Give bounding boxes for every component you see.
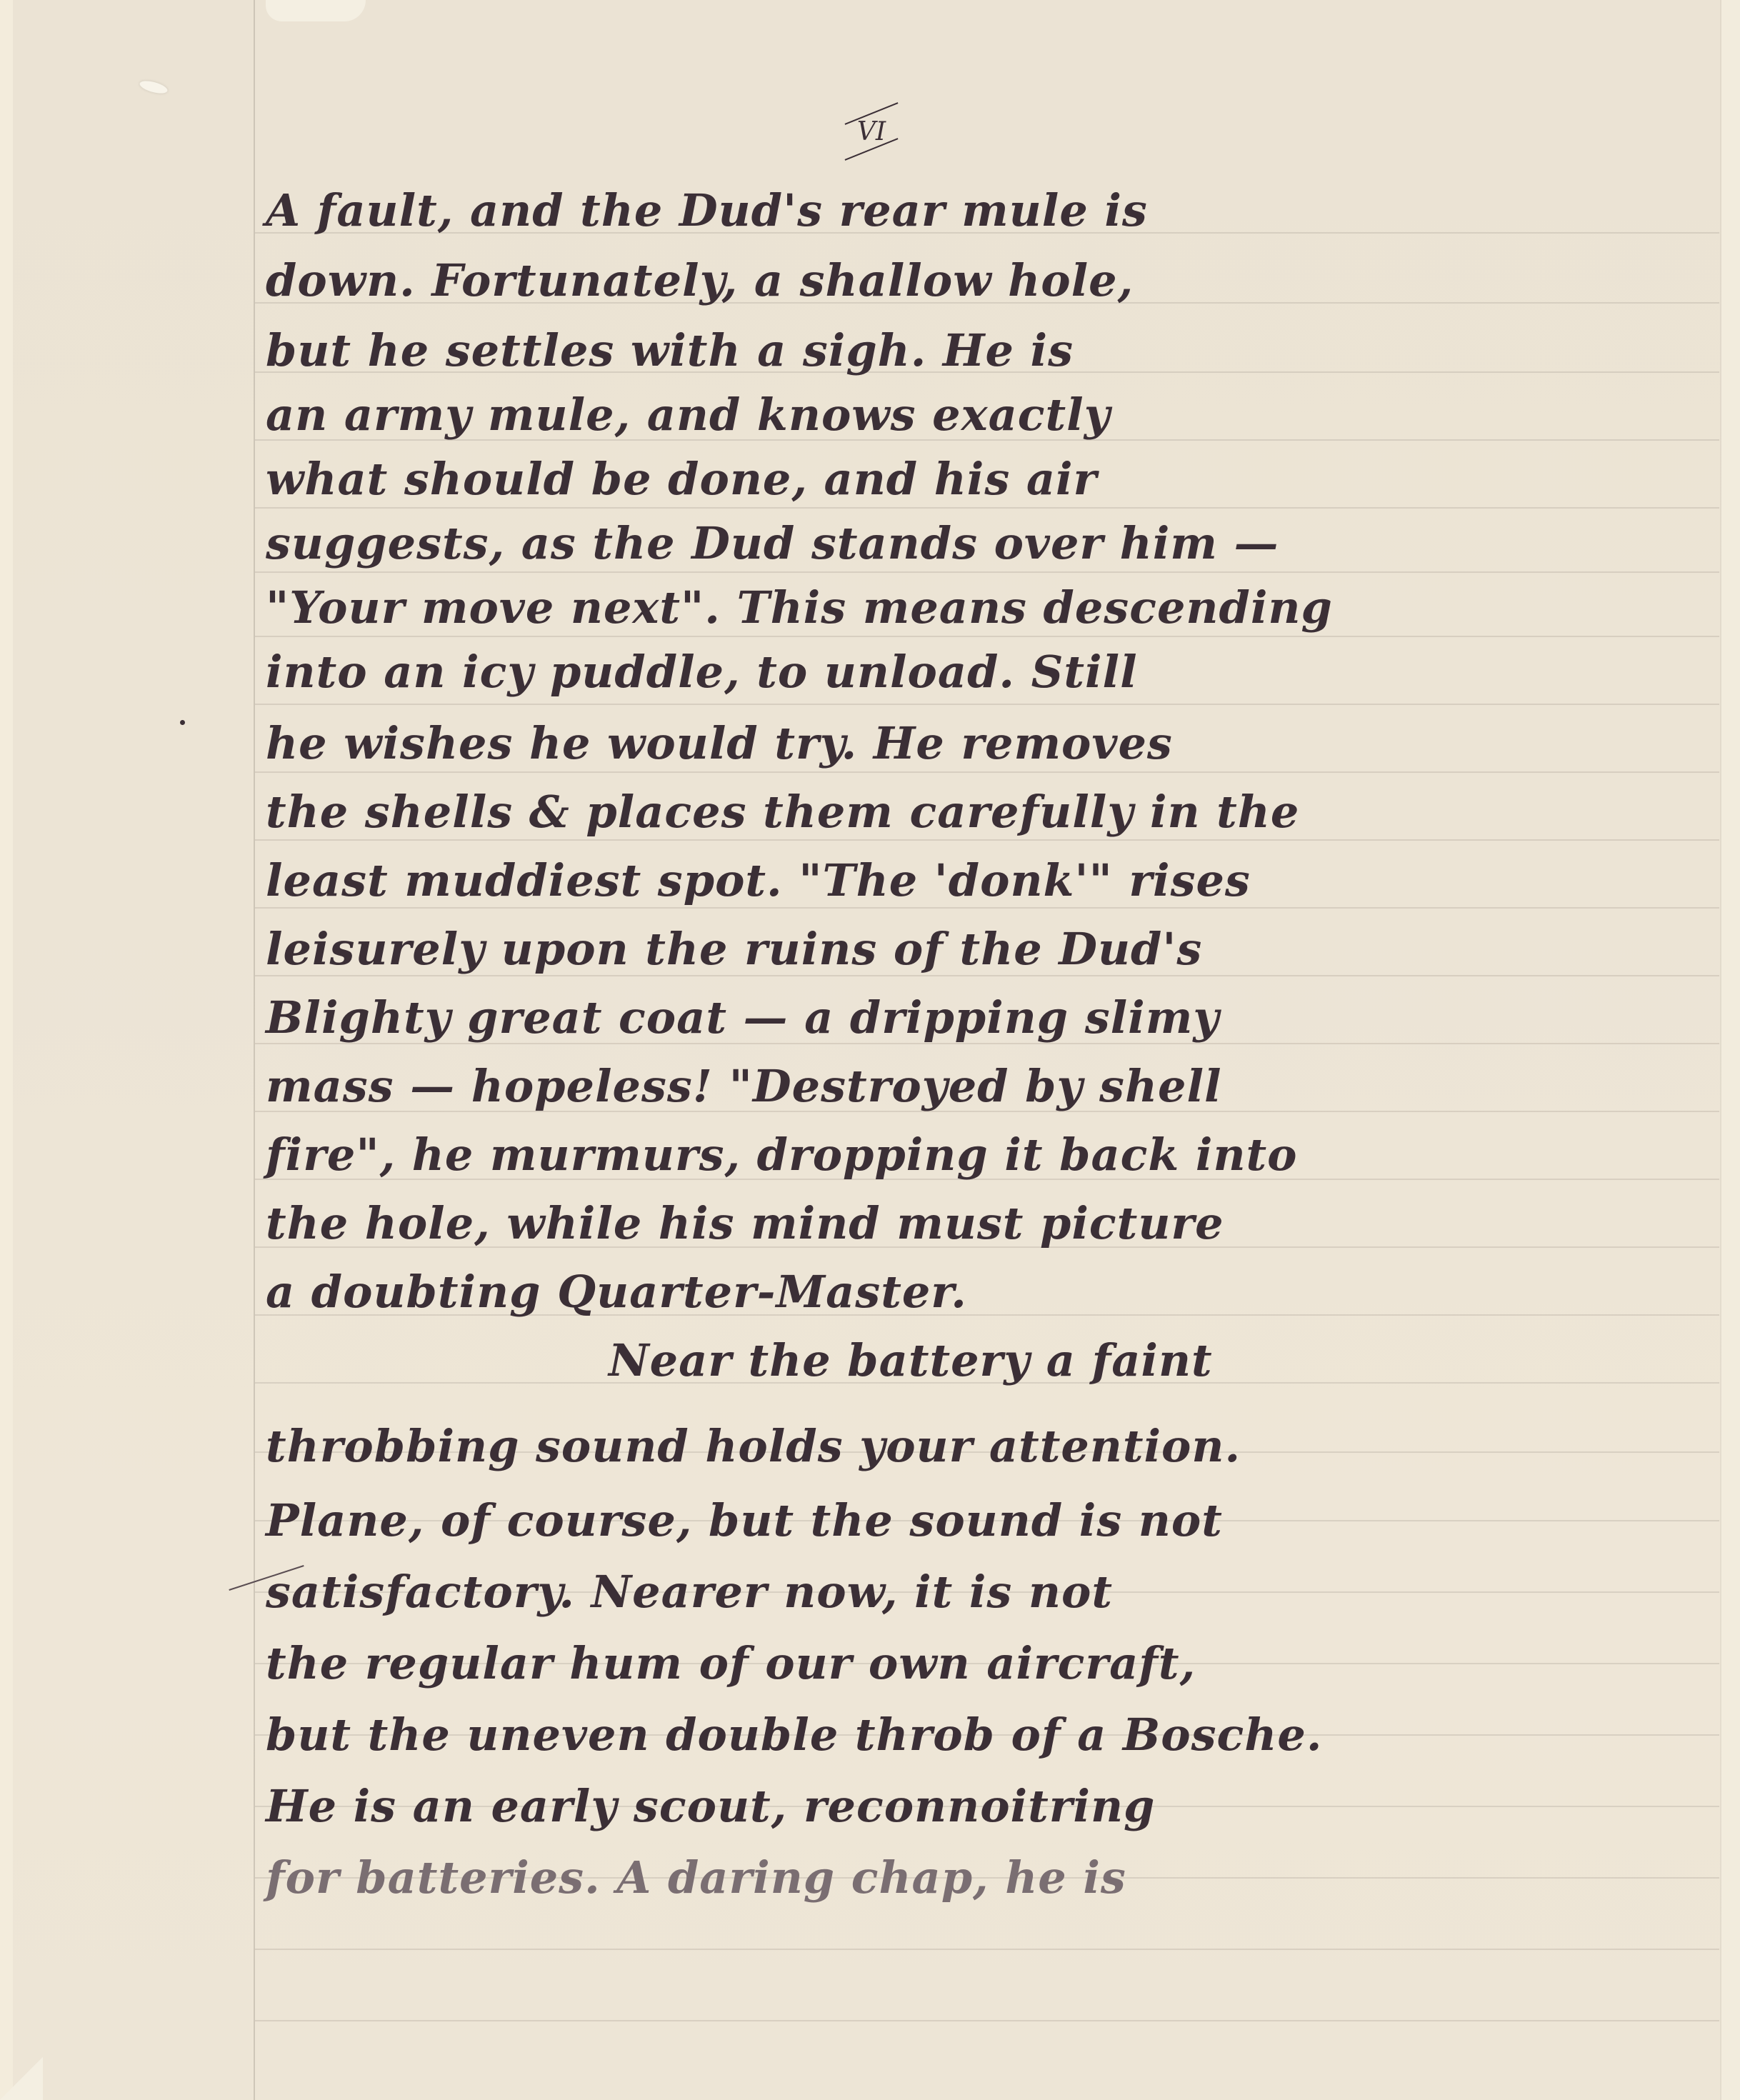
text-line: leisurely upon the ruins of the Dud's xyxy=(266,917,1716,981)
text-line: an army mule, and knows exactly xyxy=(266,383,1716,447)
ruled-line xyxy=(255,2020,1719,2021)
text-line: A fault, and the Dud's rear mule is xyxy=(266,179,1716,243)
folded-corner xyxy=(0,2057,43,2100)
torn-paper-edge xyxy=(266,0,366,21)
text-line: he wishes he would try. He removes xyxy=(266,711,1716,776)
text-line-indented: Near the battery a faint xyxy=(609,1329,1740,1393)
text-line: but the uneven double throb of a Bosche. xyxy=(266,1703,1716,1767)
page-heading: VI xyxy=(829,107,914,157)
margin-rule xyxy=(254,0,255,2100)
text-line: Plane, of course, but the sound is not xyxy=(266,1489,1716,1553)
text-line: Blighty great coat — a dripping slimy xyxy=(266,986,1716,1050)
text-line: down. Fortunately, a shallow hole, xyxy=(266,249,1716,313)
text-line: the shells & places them carefully in th… xyxy=(266,780,1716,844)
text-line: what should be done, and his air xyxy=(266,447,1716,511)
text-line: satisfactory. Nearer now, it is not xyxy=(266,1560,1716,1624)
text-line: "Your move next". This means descending xyxy=(266,576,1716,640)
text-line: throbbing sound holds your attention. xyxy=(266,1414,1716,1479)
text-line: He is an early scout, reconnoitring xyxy=(266,1774,1716,1839)
text-line: into an icy puddle, to unload. Still xyxy=(266,640,1716,704)
text-line: the regular hum of our own aircraft, xyxy=(266,1631,1716,1696)
page-edge xyxy=(1721,0,1740,2100)
text-line: suggests, as the Dud stands over him — xyxy=(266,511,1716,576)
ruled-line xyxy=(255,1949,1719,1950)
text-line: for batteries. A daring chap, he is xyxy=(266,1846,1716,1910)
text-line: fire", he murmurs, dropping it back into xyxy=(266,1123,1716,1187)
text-line: but he settles with a sigh. He is xyxy=(266,319,1716,383)
text-line: the hole, while his mind must picture xyxy=(266,1191,1716,1256)
ink-dot xyxy=(180,720,185,725)
text-line: a doubting Quarter-Master. xyxy=(266,1260,1716,1324)
text-line: mass — hopeless! "Destroyed by shell xyxy=(266,1054,1716,1119)
text-line: least muddiest spot. "The 'donk'" rises xyxy=(266,849,1716,913)
